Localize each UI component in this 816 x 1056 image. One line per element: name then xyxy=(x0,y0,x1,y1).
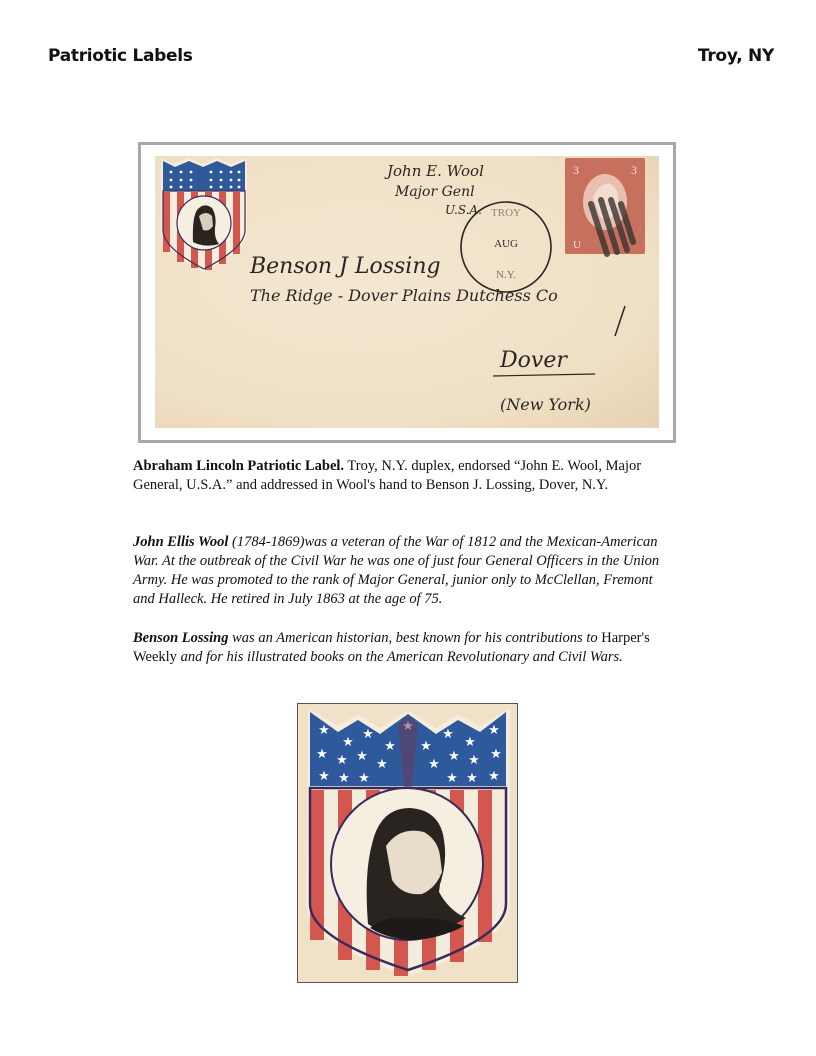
svg-text:★: ★ xyxy=(358,771,370,786)
svg-text:Benson J Lossing: Benson J Lossing xyxy=(249,254,441,279)
page-title: Patriotic Labels xyxy=(48,46,193,66)
caption-name-lossing: Benson Lossing xyxy=(133,630,229,646)
svg-text:Major Genl: Major Genl xyxy=(394,184,475,200)
svg-text:U: U xyxy=(573,239,581,251)
svg-text:John E. Wool: John E. Wool xyxy=(384,162,484,180)
caption-paragraph-lossing: Benson Lossing was an American historian… xyxy=(133,629,678,667)
svg-text:★: ★ xyxy=(318,769,330,784)
svg-text:TROY: TROY xyxy=(491,207,521,219)
svg-text:★: ★ xyxy=(336,753,348,768)
svg-text:AUG: AUG xyxy=(494,238,518,250)
svg-text:★: ★ xyxy=(384,739,396,754)
svg-text:★: ★ xyxy=(446,771,458,786)
caption-name-wool: John Ellis Wool xyxy=(133,534,228,550)
svg-text:★: ★ xyxy=(318,723,330,738)
svg-text:★: ★ xyxy=(356,749,368,764)
svg-text:(New York): (New York) xyxy=(500,395,591,414)
cover-image-frame: 3 3 U TROY AUG N.Y. John E. Wool Major G… xyxy=(138,142,676,443)
svg-text:★: ★ xyxy=(376,757,388,772)
svg-text:★: ★ xyxy=(488,769,500,784)
svg-text:★: ★ xyxy=(442,727,454,742)
svg-text:★: ★ xyxy=(420,739,432,754)
envelope-image: 3 3 U TROY AUG N.Y. John E. Wool Major G… xyxy=(155,156,659,428)
svg-text:★: ★ xyxy=(448,749,460,764)
svg-text:★: ★ xyxy=(468,753,480,768)
svg-text:★: ★ xyxy=(490,747,502,762)
svg-text:3: 3 xyxy=(631,163,637,177)
svg-text:★: ★ xyxy=(464,735,476,750)
label-image: ★★★★★★★★ ★★★★★★★★ ★★★★★★ ★ xyxy=(297,703,518,983)
small-lincoln-label xyxy=(161,158,247,272)
svg-text:★: ★ xyxy=(488,723,500,738)
caption-paragraph-wool: John Ellis Wool (1784-1869)was a veteran… xyxy=(133,533,678,609)
svg-text:The Ridge - Dover Plains Dutch: The Ridge - Dover Plains Dutchess Co xyxy=(250,286,558,305)
svg-text:★: ★ xyxy=(362,727,374,742)
handwriting: John E. Wool Major Genl U.S.A. Benson J … xyxy=(249,162,591,414)
svg-text:N.Y.: N.Y. xyxy=(496,269,516,281)
page-location: Troy, NY xyxy=(698,46,774,66)
svg-text:★: ★ xyxy=(316,747,328,762)
postage-stamp: 3 3 U xyxy=(565,158,645,254)
svg-text:★: ★ xyxy=(428,757,440,772)
svg-text:Dover: Dover xyxy=(499,348,568,373)
caption-title: Abraham Lincoln Patriotic Label. xyxy=(133,458,344,474)
svg-text:★: ★ xyxy=(342,735,354,750)
svg-text:★: ★ xyxy=(338,771,350,786)
svg-text:U.S.A.: U.S.A. xyxy=(445,203,482,217)
svg-text:★: ★ xyxy=(466,771,478,786)
caption-paragraph-cover: Abraham Lincoln Patriotic Label. Troy, N… xyxy=(133,457,678,495)
svg-text:3: 3 xyxy=(573,163,579,177)
